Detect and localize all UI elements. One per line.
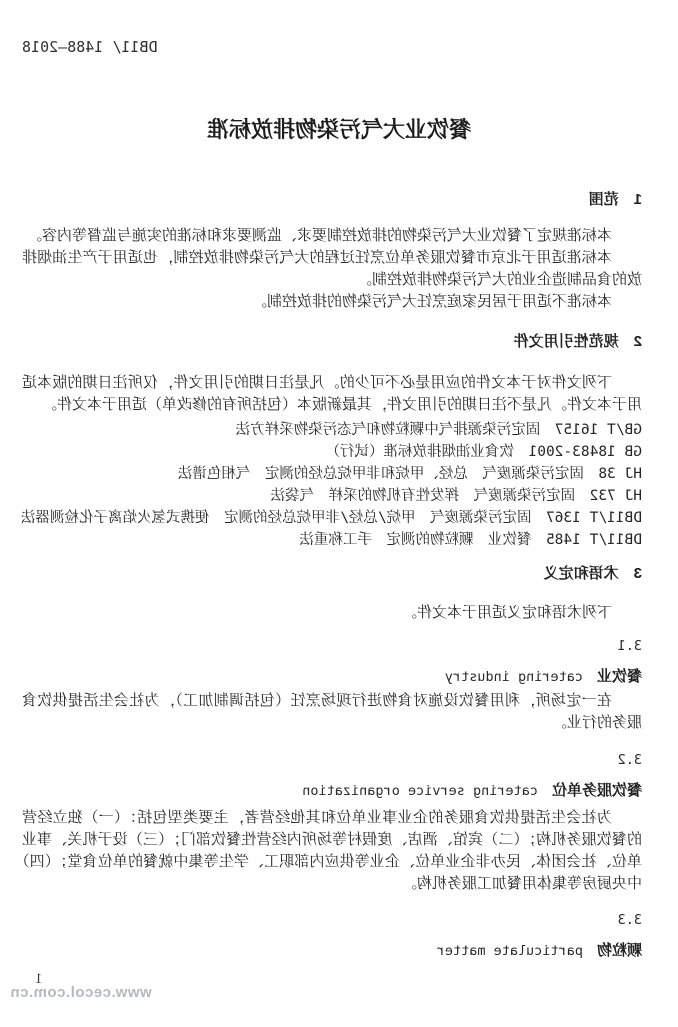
header-standard-code: DB11/ 1488—2018	[0, 36, 678, 58]
term-number: 3.1	[22, 636, 642, 656]
reference-item: DB11/T 1367 固定污染源废气 甲烷/总烃/非甲烷总烃的测定 便携式氢火…	[22, 507, 642, 529]
reference-item: DB11/T 1485 餐饮业 颗粒物的测定 手工称重法	[22, 529, 642, 551]
document-body: 1 范围 本标准规定了餐饮业大气污染物的排放控制要求、监测要求和标准的实施与监督…	[0, 189, 678, 962]
reference-item: HJ 732 固定污染源废气 挥发性有机物的采样 气袋法	[22, 485, 642, 507]
section-scope-heading: 1 范围	[22, 189, 642, 211]
references-intro-paragraph: 下列文件对于本文件的应用是必不可少的。凡是注日期的引用文件，仅所注日期的版本适用…	[22, 372, 642, 416]
term-entry: 餐饮服务单位catering service organization	[22, 780, 642, 802]
term-definition: 在一定场所，利用餐饮设施对食物进行现场烹饪（包括调制加工），为社会生活提供饮食服…	[22, 690, 642, 734]
terms-intro-paragraph: 下列术语和定义适用于本文件。	[22, 602, 642, 624]
section-references-heading: 2 规范性引用文件	[22, 331, 642, 353]
term-entry: 颗粒物particulate matter	[22, 940, 642, 962]
reference-list: GB/T 16157 固定污染源排气中颗粒物和气态污染物采样方法 GB 1848…	[22, 419, 642, 551]
mirrored-document-page: DB11/ 1488—2018 餐饮业大气污染物排放标准 1 范围 本标准规定了…	[0, 0, 678, 1027]
scope-paragraph: 本标准规定了餐饮业大气污染物的排放控制要求、监测要求和标准的实施与监督等内容。	[22, 225, 642, 247]
reference-item: HJ 38 固定污染源废气 总烃、甲烷和非甲烷总烃的测定 气相色谱法	[22, 463, 642, 485]
section-terms-heading: 3 术语和定义	[22, 563, 642, 585]
term-number: 3.2	[22, 750, 642, 770]
term-name-en: catering industry	[445, 669, 583, 685]
term-name-en: catering service organization	[302, 783, 538, 799]
document-title: 餐饮业大气污染物排放标准	[0, 115, 678, 145]
term-definition: 为社会生活提供饮食服务的企业事业单位和其他经营者，主要类型包括：（一）独立经营的…	[22, 807, 642, 895]
reference-item: GB 18483-2001 饮食业油烟排放标准（试行）	[22, 441, 642, 463]
term-name-en: particulate matter	[437, 943, 583, 959]
term-number: 3.3	[22, 910, 642, 930]
term-name-zh: 颗粒物	[597, 942, 642, 959]
watermark: www.cecol.com.cn	[10, 984, 152, 1001]
term-entry: 餐饮业catering industry	[22, 666, 642, 688]
term-name-zh: 餐饮业	[597, 668, 642, 685]
reference-item: GB/T 16157 固定污染源排气中颗粒物和气态污染物采样方法	[22, 419, 642, 441]
scope-paragraph: 本标准适用于北京市餐饮服务单位烹饪过程的大气污染物排放控制，也适用于产生油烟排放…	[22, 247, 642, 291]
scope-paragraph: 本标准不适用于居民家庭烹饪大气污染物的排放控制。	[22, 291, 642, 313]
term-name-zh: 餐饮服务单位	[552, 782, 642, 799]
